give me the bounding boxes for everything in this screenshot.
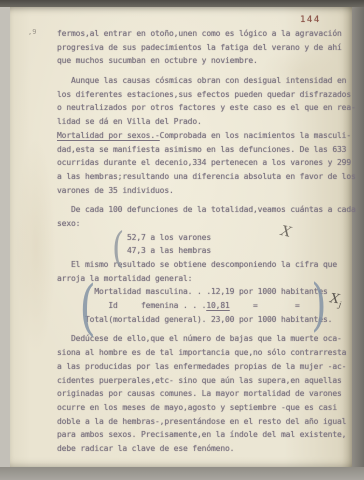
text-line: siona al hombre es de tal importancia qu… xyxy=(57,346,349,360)
text-line: Aunque las causas cósmicas obran con des… xyxy=(57,74,349,88)
blue-pencil-bracket-open: ( xyxy=(80,273,96,343)
typewritten-text: fermos,al entrar en otoño,unen como es l… xyxy=(57,27,349,456)
handwritten-xj-mark: Xj xyxy=(329,291,343,309)
text-line: o neutralizados por otros factores y est… xyxy=(57,101,349,115)
scanned-document: 144 ,9 fermos,al entrar en otoño,unen co… xyxy=(0,0,364,480)
text-line: progresiva de sus padecimientos la fatig… xyxy=(57,41,349,55)
text-line: ocurre en los meses de mayo,agosto y sep… xyxy=(57,401,349,415)
text-line: a las producidas por las enfermedades pr… xyxy=(57,360,349,374)
text-line: cidentes puerperales,etc- sino que aún l… xyxy=(57,374,349,388)
text-line: lidad se dá en Villa del Prado. xyxy=(57,115,349,129)
text-line: varones de 35 individuos. xyxy=(57,184,349,198)
text-line: originadas por causas comunes. La mayor … xyxy=(57,387,349,401)
heading-continuation: Comprobada en los nacimientos la masculi… xyxy=(160,131,351,140)
stat-line-hembras: 47,3 a las hembras xyxy=(57,244,349,258)
handwritten-bracket-small: ( xyxy=(112,223,124,272)
femenina-value: 10,81 xyxy=(206,301,229,310)
text-line: De cada 100 defunciones de la totalidad,… xyxy=(57,203,349,217)
scan-edge-bottom xyxy=(0,467,364,480)
femenina-ditto: = = xyxy=(230,301,300,310)
text-line: los diferentes estaciones,sus efectos pu… xyxy=(57,88,349,102)
text-line: a las hembras;resultando una diferencia … xyxy=(57,170,349,184)
text-line: que muchos sucumban en octubre y noviemb… xyxy=(57,54,349,68)
text-line: El mismo resultado se obtiene descomponi… xyxy=(57,258,349,272)
page-number: 144 xyxy=(300,15,321,25)
table-row-total: Total(mortalidad general). 23,00 por 100… xyxy=(57,313,349,327)
section-heading-line: Mortalidad por sexos.-Comprobada en los … xyxy=(57,129,349,143)
section-heading: Mortalidad por sexos.- xyxy=(57,131,160,140)
text-line: dad,esta se manifiesta asimismo en las d… xyxy=(57,143,349,157)
text-line: fermos,al entrar en otoño,unen como es l… xyxy=(57,27,349,41)
scan-edge-right xyxy=(352,7,364,468)
text-line: sexo: xyxy=(57,217,349,231)
blue-pencil-bracket-close: ) xyxy=(311,273,326,338)
text-line: doble a la de hembras-,presentándose en … xyxy=(57,415,349,429)
stat-line-varones: 52,7 a los varones xyxy=(57,231,349,245)
scan-edge-top xyxy=(0,0,364,7)
text-line: debe radicar la clave de ese fenómeno. xyxy=(57,442,349,456)
manuscript-page: 144 ,9 fermos,al entrar en otoño,unen co… xyxy=(10,7,352,467)
paper-stain xyxy=(16,137,56,357)
text-line: arroja la mortalidad general: xyxy=(57,272,349,286)
text-line: para ambos sexos. Precisamente,en la índ… xyxy=(57,428,349,442)
table-row-masculina: Mortalidad masculina. . .12,19 por 1000 … xyxy=(57,285,349,299)
text-line: ocurridas durante el decenio,334 pertene… xyxy=(57,156,349,170)
text-line: Dedúcese de ello,que el número de bajas … xyxy=(57,332,349,346)
margin-annotation: ,9 xyxy=(28,28,36,36)
scan-edge-left xyxy=(0,7,10,468)
table-row-femenina: Id femenina . . .10,81 = = xyxy=(57,299,349,313)
